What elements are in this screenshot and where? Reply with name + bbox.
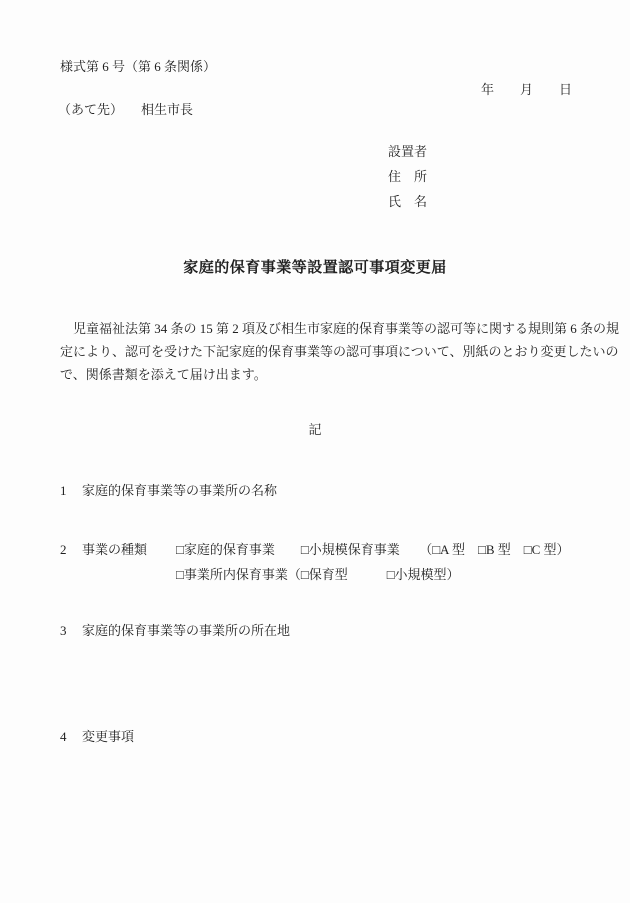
item-changed-matters: 4変更事項: [60, 724, 134, 749]
founder-address-label: 住 所: [388, 164, 427, 189]
addressee-name: 相生市長: [141, 102, 193, 117]
body-paragraph: 児童福祉法第 34 条の 15 第 2 項及び相生市家庭的保育事業等の認可等に関…: [60, 317, 580, 386]
form-page: 様式第 6 号（第 6 条関係） 年 月 日 （あて先）相生市長 設置者 住 所…: [0, 0, 630, 903]
item-number: 3: [60, 618, 82, 643]
item-number: 1: [60, 478, 82, 503]
item-number: 4: [60, 724, 82, 749]
business-type-checkbox-row-1: □家庭的保育事業 □小規模保育事業 （□A 型 □B 型 □C 型）: [176, 542, 570, 557]
body-line: 定により、認可を受けた下記家庭的保育事業等の認可事項について、別紙のとおり変更し…: [60, 340, 580, 363]
addressee-line: （あて先）相生市長: [58, 99, 193, 118]
addressee-label: （あて先）: [58, 102, 123, 117]
business-type-checkbox-row-2: □事業所内保育事業（□保育型 □小規模型）: [176, 562, 570, 587]
item-number: 2: [60, 537, 82, 562]
body-line: 児童福祉法第 34 条の 15 第 2 項及び相生市家庭的保育事業等の認可等に関…: [60, 317, 580, 340]
founder-block: 設置者 住 所 氏 名: [388, 139, 427, 214]
founder-name-label: 氏 名: [388, 189, 427, 214]
document-title: 家庭的保育事業等設置認可事項変更届: [0, 256, 630, 277]
item-text: 家庭的保育事業等の事業所の所在地: [82, 623, 290, 638]
body-line: で、関係書類を添えて届け出ます。: [60, 363, 580, 386]
item-text: 変更事項: [82, 729, 134, 744]
item-business-address: 3家庭的保育事業等の事業所の所在地: [60, 618, 290, 643]
item-text: 事業の種類: [82, 537, 176, 562]
form-number: 様式第 6 号（第 6 条関係）: [60, 56, 216, 75]
record-marker: 記: [0, 419, 630, 438]
item-text: 家庭的保育事業等の事業所の名称: [82, 483, 277, 498]
founder-title-label: 設置者: [388, 139, 427, 164]
date-line: 年 月 日: [481, 79, 572, 98]
item-business-name: 1家庭的保育事業等の事業所の名称: [60, 478, 277, 503]
item-business-type: 2事業の種類□家庭的保育事業 □小規模保育事業 （□A 型 □B 型 □C 型）…: [60, 537, 570, 587]
